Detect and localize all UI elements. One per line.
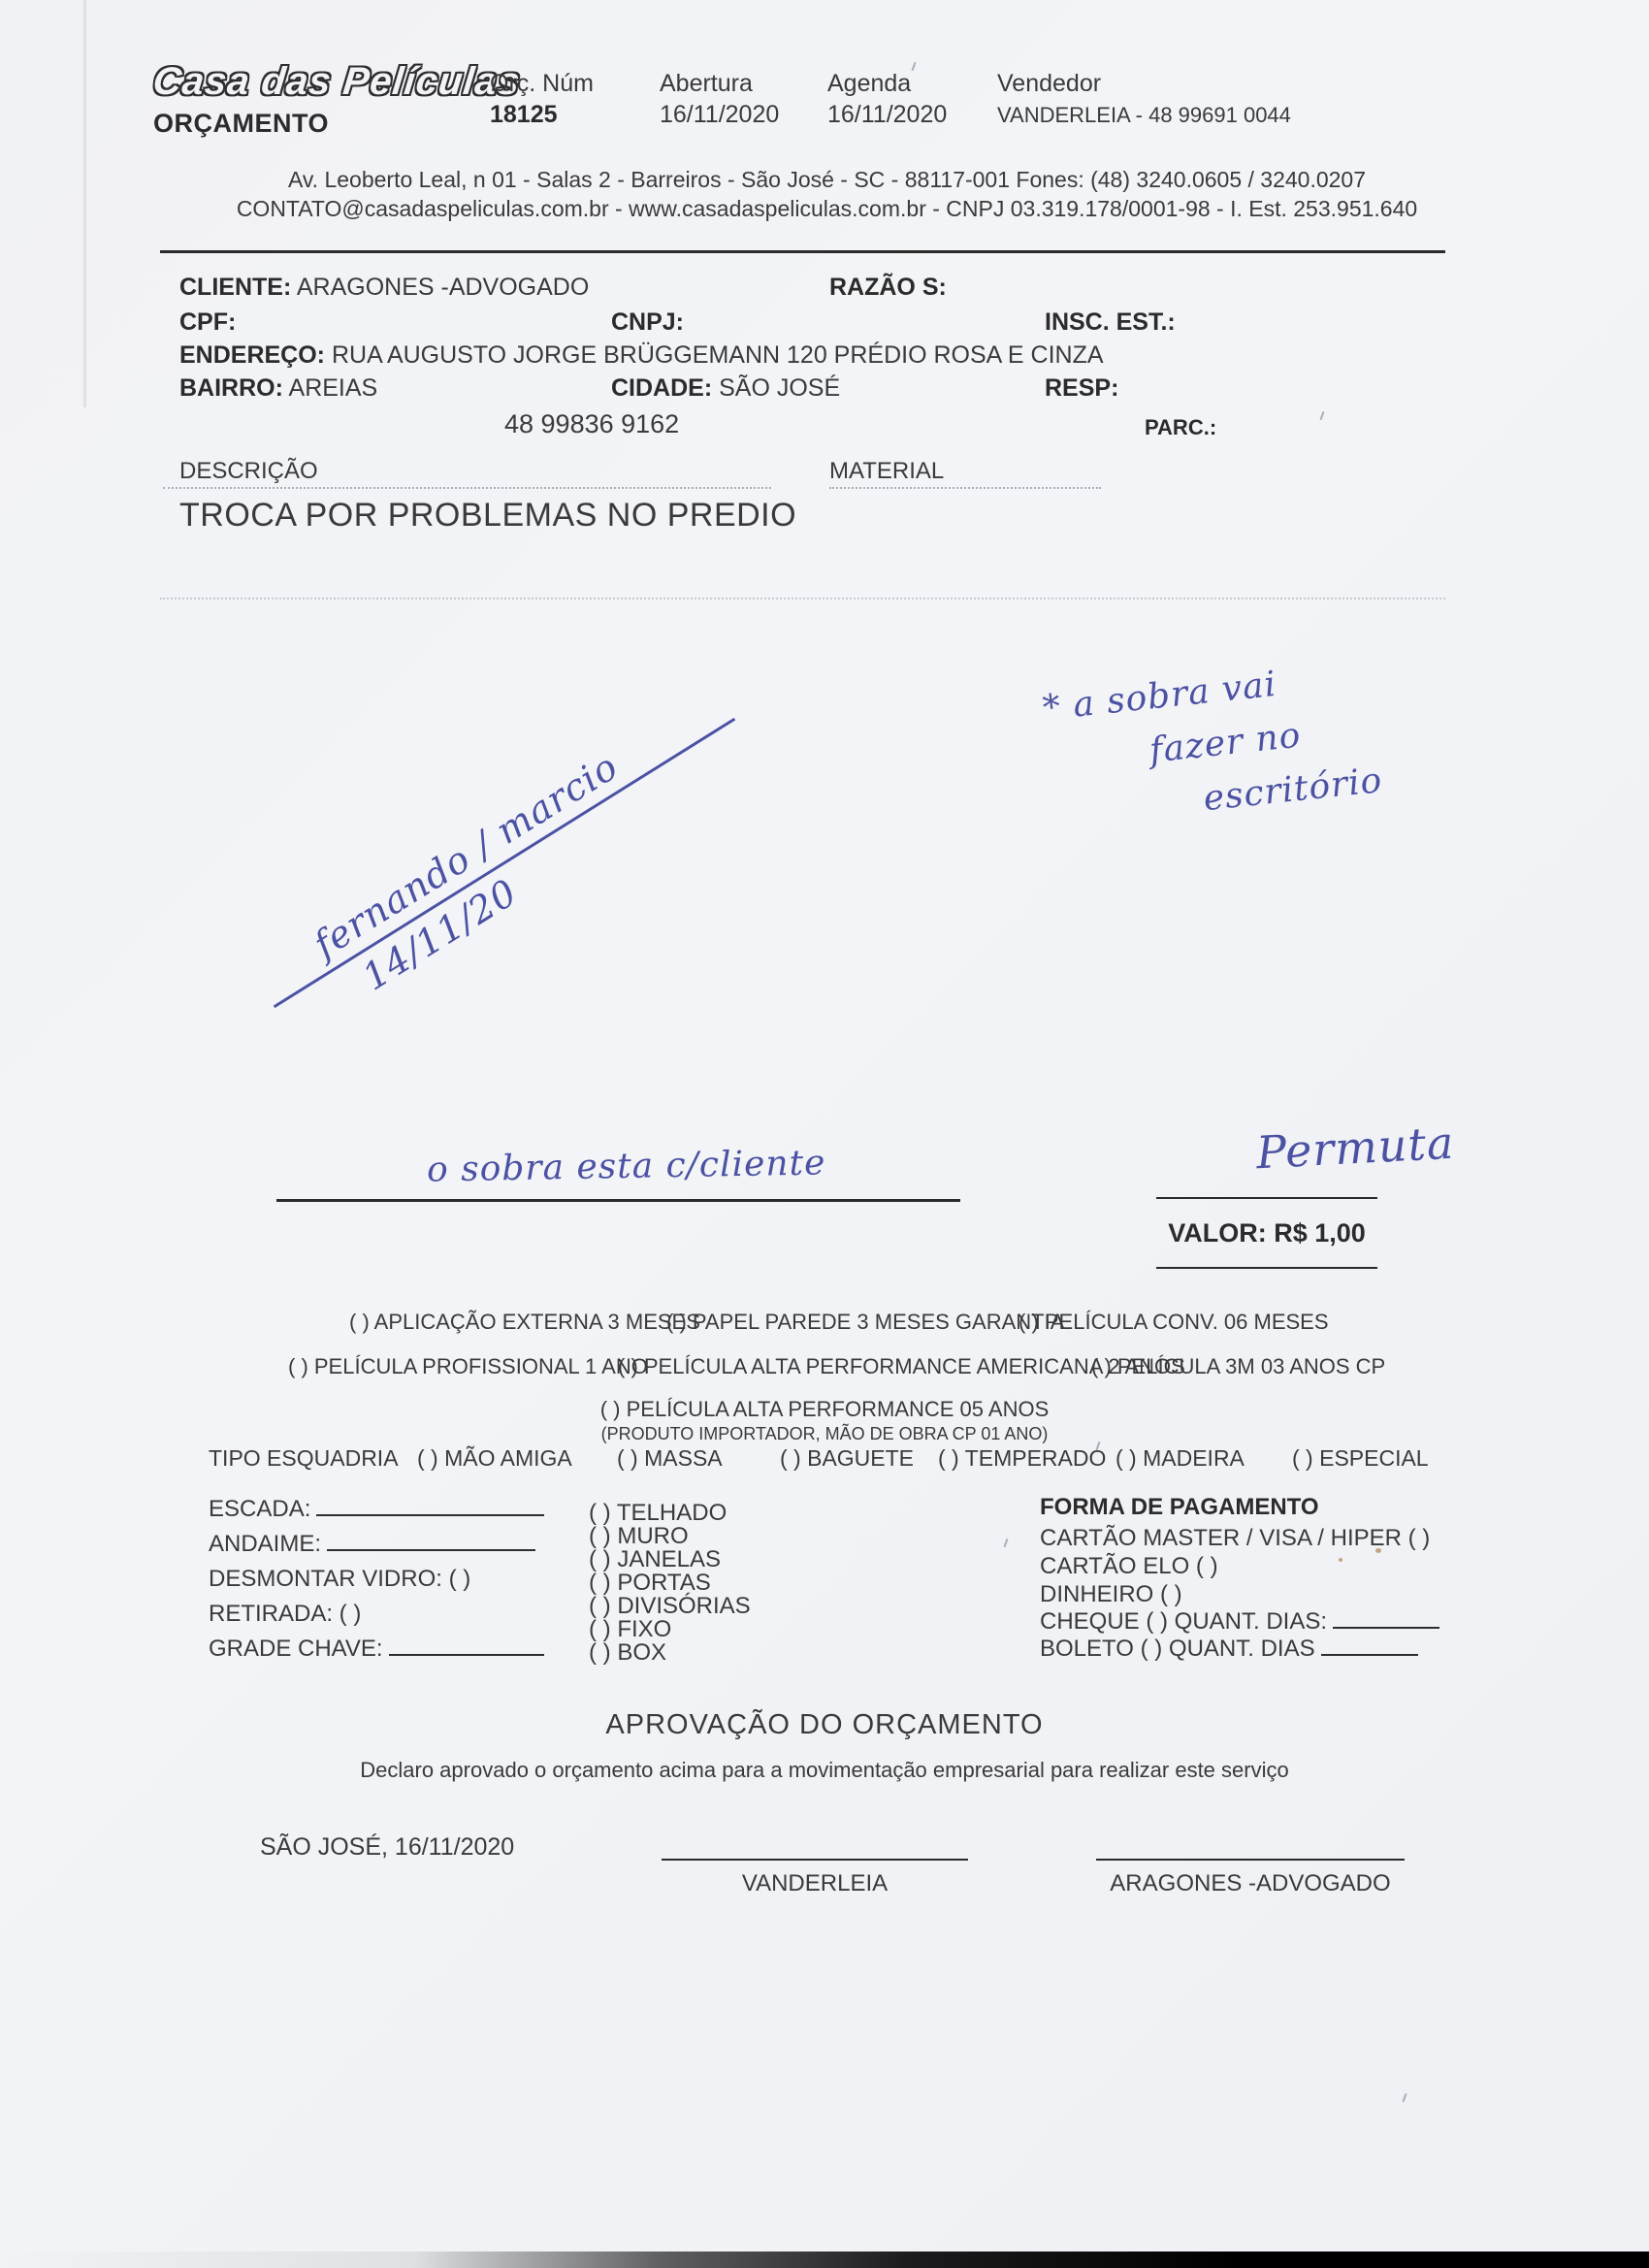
handwritten-note-right-line2: fazer no [1148,707,1378,770]
approval-city-date: SÃO JOSÉ, 16/11/2020 [260,1833,514,1862]
field-orc-num-label: Orç. Núm [490,70,594,98]
escada-label: ESCADA: [209,1496,310,1522]
payment-cheque: CHEQUE ( ) QUANT. DIAS: [1040,1608,1439,1636]
warranty-profissional: ( ) PELÍCULA PROFISSIONAL 1 ANO [288,1354,648,1379]
warranty-3m: ( ) PELÍCULA 3M 03 ANOS CP [1091,1354,1385,1379]
material-header: MATERIAL [829,458,944,485]
cpf-label: CPF: [179,308,236,337]
handwritten-note-right-line3: escritório [1202,761,1384,819]
tipo-esquadria-label: TIPO ESQUADRIA [209,1445,399,1472]
field-vendedor-label: Vendedor [997,70,1101,98]
field-abertura-label: Abertura [660,70,753,98]
scanner-bottom-band [0,2252,1649,2268]
description-bottom-divider [160,598,1445,599]
field-agenda-value: 16/11/2020 [827,101,947,129]
valor-box: VALOR: R$ 1,00 [1156,1197,1377,1269]
grade-chave-fill-line [389,1636,544,1656]
warranty-alta-performance-05: ( ) PELÍCULA ALTA PERFORMANCE 05 ANOS [0,1397,1649,1422]
endereco-label: ENDEREÇO: [179,341,325,369]
scanned-budget-document: Casa das Películas ORÇAMENTO Orç. Núm 18… [0,0,1649,2268]
scan-edge-shadow [83,0,86,407]
header-divider-line [160,250,1445,253]
cidade-row: CIDADE: SÃO JOSÉ [611,374,840,403]
payment-title: FORMA DE PAGAMENTO [1040,1494,1319,1521]
payment-boleto-label: BOLETO ( ) QUANT. DIAS [1040,1636,1315,1662]
scan-artifact [1403,2093,1407,2102]
parc-label: PARC.: [1145,415,1216,440]
address-line-2: CONTATO@casadaspeliculas.com.br - www.ca… [160,196,1494,222]
esquadria-mao-amiga: ( ) MÃO AMIGA [417,1445,572,1472]
resp-label: RESP: [1045,374,1118,403]
payment-boleto: BOLETO ( ) QUANT. DIAS [1040,1636,1418,1663]
company-logo: Casa das Películas [151,60,523,104]
cliente-value: ARAGONES -ADVOGADO [297,274,589,301]
handwritten-note-right: * a sobra vai fazer no escritório [1041,655,1384,835]
esquadria-massa: ( ) MASSA [617,1445,723,1472]
option-box: ( ) BOX [589,1639,666,1667]
address-line-1: Av. Leoberto Leal, n 01 - Salas 2 - Barr… [160,167,1494,193]
payment-cheque-label: CHEQUE ( ) QUANT. DIAS: [1040,1608,1327,1635]
payment-cartao-master: CARTÃO MASTER / VISA / HIPER ( ) [1040,1525,1430,1552]
handwritten-note-center: o sobra esta c/cliente [427,1143,826,1189]
handwritten-diagonal-note: fernando / marcio 14/11/20 [248,678,760,1048]
handwritten-diagonal-line [274,718,735,1008]
doc-type-title: ORÇAMENTO [153,109,329,139]
escada-row: ESCADA: [209,1496,544,1523]
client-phone: 48 99836 9162 [504,409,679,439]
signature-line-cliente [1096,1859,1405,1861]
razao-label: RAZÃO S: [829,274,947,302]
grade-chave-label: GRADE CHAVE: [209,1636,383,1662]
esquadria-baguete: ( ) BAGUETE [780,1445,914,1472]
handwritten-diagonal-names: fernando / marcio [307,678,732,966]
endereco-row: ENDEREÇO: RUA AUGUSTO JORGE BRÜGGEMANN 1… [179,341,1104,370]
warranty-papel-parede: ( ) PAPEL PAREDE 3 MESES GARANTIA [666,1310,1064,1335]
escada-fill-line [316,1497,544,1516]
cidade-label: CIDADE: [611,374,712,402]
payment-cartao-elo: CARTÃO ELO ( ) [1040,1553,1218,1580]
cidade-value: SÃO JOSÉ [719,374,840,402]
boleto-dias-fill-line [1321,1636,1418,1656]
grade-chave-row: GRADE CHAVE: [209,1636,544,1663]
scan-artifact [1004,1539,1009,1547]
descricao-underline [163,487,771,489]
center-note-line [276,1199,960,1202]
endereco-value: RUA AUGUSTO JORGE BRÜGGEMANN 120 PRÉDIO … [332,341,1104,369]
field-orc-num-value: 18125 [490,101,558,129]
scan-artifact [1320,411,1325,420]
desmontar-vidro-row: DESMONTAR VIDRO: ( ) [209,1566,470,1593]
bairro-label: BAIRRO: [179,374,283,402]
descricao-header: DESCRIÇÃO [179,458,318,485]
signature-name-vendedor: VANDERLEIA [662,1870,968,1897]
insc-est-label: INSC. EST.: [1045,308,1176,337]
cliente-label: CLIENTE: [179,274,291,301]
cnpj-label: CNPJ: [611,308,684,337]
field-agenda-label: Agenda [827,70,911,98]
description-text: TROCA POR PROBLEMAS NO PREDIO [179,497,796,535]
signature-line-vendedor [662,1859,968,1861]
warranty-alta-performance-05-sub: (PRODUTO IMPORTADOR, MÃO DE OBRA CP 01 A… [0,1424,1649,1444]
warranty-pelicula-conv: ( ) PELÍCULA CONV. 06 MESES [1018,1310,1329,1335]
field-vendedor-value: VANDERLEIA - 48 99691 0044 [997,103,1291,128]
cheque-dias-fill-line [1333,1609,1439,1629]
retirada-row: RETIRADA: ( ) [209,1601,361,1628]
esquadria-madeira: ( ) MADEIRA [1115,1445,1245,1472]
andaime-label: ANDAIME: [209,1531,321,1557]
payment-dinheiro: DINHEIRO ( ) [1040,1581,1182,1608]
approval-statement: Declaro aprovado o orçamento acima para … [0,1758,1649,1783]
signature-name-cliente: ARAGONES -ADVOGADO [1096,1870,1405,1897]
bairro-value: AREIAS [289,374,378,402]
material-underline [829,487,1101,489]
handwritten-permuta: Permuta [1255,1117,1456,1180]
approval-title: APROVAÇÃO DO ORÇAMENTO [0,1709,1649,1741]
andaime-row: ANDAIME: [209,1531,535,1558]
esquadria-temperado: ( ) TEMPERADO [938,1445,1106,1472]
scan-artifact [912,62,917,71]
valor-text: VALOR: R$ 1,00 [1168,1218,1366,1248]
andaime-fill-line [327,1532,535,1551]
esquadria-especial: ( ) ESPECIAL [1292,1445,1429,1472]
cliente-row: CLIENTE: ARAGONES -ADVOGADO [179,274,589,302]
warranty-aplicacao-externa: ( ) APLICAÇÃO EXTERNA 3 MESES [349,1310,700,1335]
paper-stain [1339,1558,1342,1562]
bairro-row: BAIRRO: AREIAS [179,374,377,403]
field-abertura-value: 16/11/2020 [660,101,779,129]
